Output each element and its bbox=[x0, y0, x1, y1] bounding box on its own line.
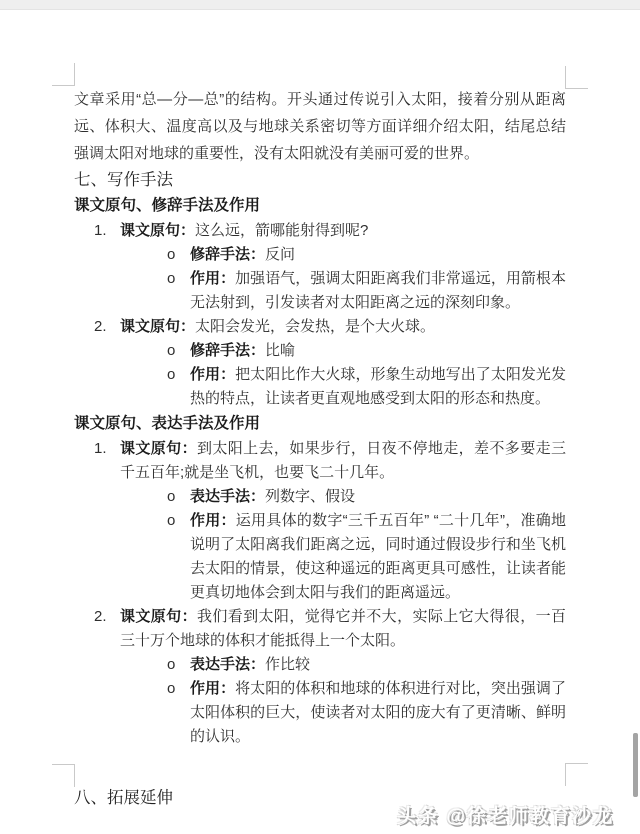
item-label: 表达手法： bbox=[190, 656, 265, 673]
sub-list-item: o 修辞手法：反问 bbox=[74, 243, 566, 267]
sub-bullet: o bbox=[167, 677, 190, 701]
item-text: 作比较 bbox=[265, 656, 310, 673]
sub-bullet: o bbox=[167, 363, 190, 387]
list-number: 1. bbox=[94, 219, 120, 243]
section-7-heading: 七、写作手法 bbox=[74, 167, 566, 193]
item-label: 课文原句： bbox=[120, 608, 197, 625]
item-label: 作用： bbox=[190, 512, 236, 529]
list-item: 1. 课文原句：这么远，箭哪能射得到呢? bbox=[74, 219, 566, 243]
item-label: 作用： bbox=[190, 270, 235, 287]
item-label: 课文原句： bbox=[120, 440, 197, 457]
item-text: 反问 bbox=[265, 246, 295, 263]
sub-list-item: o 表达手法：作比较 bbox=[74, 653, 566, 677]
sub-list-item: o 作用：加强语气，强调太阳距离我们非常遥远，用箭根本无法射到，引发读者对太阳距… bbox=[74, 267, 566, 315]
app-top-bar bbox=[0, 0, 640, 10]
item-text: 太阳会发光，会发热，是个大火球。 bbox=[195, 318, 435, 335]
document-content: 文章采用“总—分—总”的结构。开头通过传说引入太阳，接着分别从距离远、体积大、温… bbox=[74, 86, 566, 811]
item-text: 运用具体的数字“三千五百年” “二十几年”，准确地说明了太阳离我们距离之远，同时… bbox=[190, 512, 566, 601]
sub-list-item: o 作用：把太阳比作大火球，形象生动地写出了太阳发光发热的特点，让读者更直观地感… bbox=[74, 363, 566, 411]
item-label: 作用： bbox=[190, 366, 235, 383]
item-text: 把太阳比作大火球，形象生动地写出了太阳发光发热的特点，让读者更直观地感受到太阳的… bbox=[190, 366, 566, 407]
sub-list-item: o 表达手法：列数字、假设 bbox=[74, 485, 566, 509]
item-label: 修辞手法： bbox=[190, 246, 265, 263]
item-text: 这么远，箭哪能射得到呢? bbox=[195, 222, 368, 239]
list-item: 2. 课文原句：我们看到太阳，觉得它并不大，实际上它大得很，一百三十万个地球的体… bbox=[74, 605, 566, 653]
margin-mark-top-left bbox=[52, 63, 75, 86]
sub-bullet: o bbox=[167, 653, 190, 677]
margin-mark-top-right bbox=[565, 66, 588, 89]
sub-list-item: o 作用：将太阳的体积和地球的体积进行对比，突出强调了太阳体积的巨大，使读者对太… bbox=[74, 677, 566, 749]
scrollbar-thumb[interactable] bbox=[633, 733, 638, 797]
item-label: 表达手法： bbox=[190, 488, 265, 505]
toutiao-watermark: 头条 @徐老师教育沙龙 bbox=[397, 801, 614, 828]
item-text: 将太阳的体积和地球的体积进行对比，突出强调了太阳体积的巨大，使读者对太阳的庞大有… bbox=[190, 680, 566, 745]
document-viewer: 文章采用“总—分—总”的结构。开头通过传说引入太阳，接着分别从距离远、体积大、温… bbox=[0, 0, 640, 834]
intro-paragraph: 文章采用“总—分—总”的结构。开头通过传说引入太阳，接着分别从距离远、体积大、温… bbox=[74, 86, 566, 167]
item-label: 修辞手法： bbox=[190, 342, 265, 359]
item-text: 比喻 bbox=[265, 342, 295, 359]
sub-list-item: o 修辞手法：比喻 bbox=[74, 339, 566, 363]
list-number: 2. bbox=[94, 315, 120, 339]
item-label: 课文原句： bbox=[120, 318, 195, 335]
sub-bullet: o bbox=[167, 509, 190, 533]
subsection-rhetoric-title: 课文原句、修辞手法及作用 bbox=[74, 193, 566, 219]
item-text: 列数字、假设 bbox=[265, 488, 355, 505]
item-label: 作用： bbox=[190, 680, 235, 697]
item-label: 课文原句： bbox=[120, 222, 195, 239]
sub-bullet: o bbox=[167, 485, 190, 509]
list-item: 2. 课文原句：太阳会发光，会发热，是个大火球。 bbox=[74, 315, 566, 339]
list-number: 2. bbox=[94, 605, 120, 629]
item-text: 加强语气，强调太阳距离我们非常遥远，用箭根本无法射到，引发读者对太阳距离之远的深… bbox=[190, 270, 566, 311]
sub-list-item: o 作用：运用具体的数字“三千五百年” “二十几年”，准确地说明了太阳离我们距离… bbox=[74, 509, 566, 605]
margin-mark-bottom-right bbox=[565, 763, 588, 786]
list-number: 1. bbox=[94, 437, 120, 461]
list-item: 1. 课文原句：到太阳上去，如果步行，日夜不停地走，差不多要走三千五百年;就是坐… bbox=[74, 437, 566, 485]
subsection-expression-title: 课文原句、表达手法及作用 bbox=[74, 411, 566, 437]
sub-bullet: o bbox=[167, 243, 190, 267]
sub-bullet: o bbox=[167, 339, 190, 363]
sub-bullet: o bbox=[167, 267, 190, 291]
margin-mark-bottom-left bbox=[52, 764, 75, 787]
